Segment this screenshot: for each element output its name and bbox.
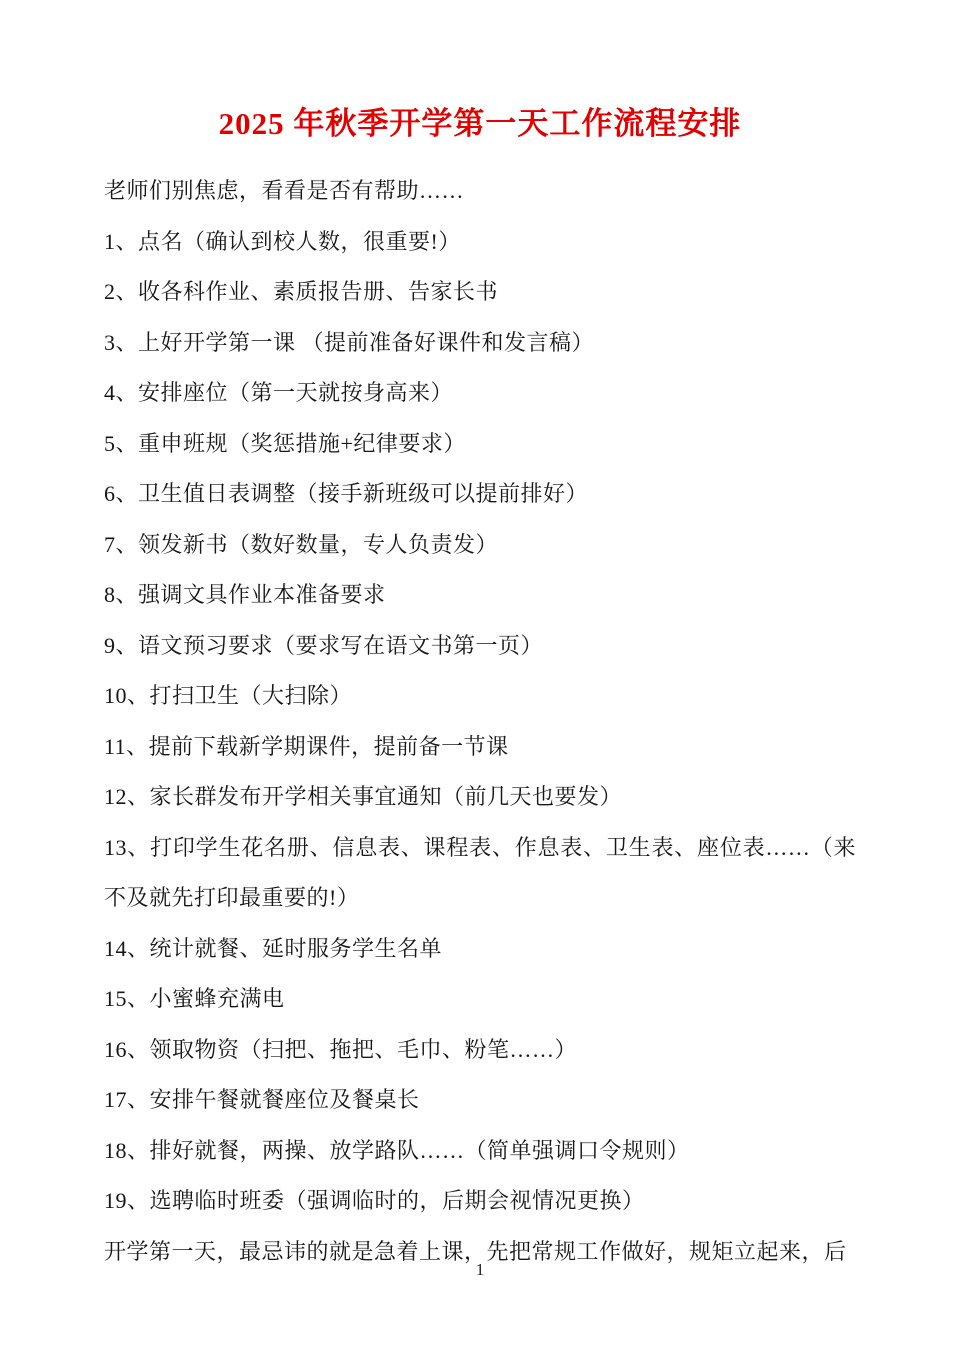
- list-item: 5、重申班规（奖惩措施+纪律要求）: [104, 419, 856, 470]
- list-item: 1、点名（确认到校人数，很重要!）: [104, 217, 856, 268]
- list-item: 18、排好就餐，两操、放学路队……（简单强调口令规则）: [104, 1126, 856, 1177]
- list-item: 9、语文预习要求（要求写在语文书第一页）: [104, 621, 856, 672]
- list-item: 3、上好开学第一课 （提前准备好课件和发言稿）: [104, 318, 856, 369]
- list-item: 7、领发新书（数好数量，专人负责发）: [104, 520, 856, 571]
- list-item: 12、家长群发布开学相关事宜通知（前几天也要发）: [104, 772, 856, 823]
- intro-paragraph: 老师们别焦虑，看看是否有帮助……: [104, 166, 856, 217]
- list-item: 17、安排午餐就餐座位及餐桌长: [104, 1075, 856, 1126]
- page-title: 2025 年秋季开学第一天工作流程安排: [104, 100, 856, 148]
- list-item: 11、提前下载新学期课件，提前备一节课: [104, 722, 856, 773]
- list-item: 14、统计就餐、延时服务学生名单: [104, 924, 856, 975]
- list-item: 4、安排座位（第一天就按身高来）: [104, 368, 856, 419]
- document-page: 2025 年秋季开学第一天工作流程安排 老师们别焦虑，看看是否有帮助…… 1、点…: [0, 0, 960, 1358]
- list-item: 15、小蜜蜂充满电: [104, 974, 856, 1025]
- list-item: 19、选聘临时班委（强调临时的，后期会视情况更换）: [104, 1176, 856, 1227]
- list-item: 2、收各科作业、素质报告册、告家长书: [104, 267, 856, 318]
- list-item: 16、领取物资（扫把、拖把、毛巾、粉笔……）: [104, 1025, 856, 1076]
- list-item: 6、卫生值日表调整（接手新班级可以提前排好）: [104, 469, 856, 520]
- list-item: 13、打印学生花名册、信息表、课程表、作息表、卫生表、座位表……（来不及就先打印…: [104, 823, 856, 924]
- list-item: 8、强调文具作业本准备要求: [104, 570, 856, 621]
- page-number: 1: [0, 1260, 960, 1280]
- list-item: 10、打扫卫生（大扫除）: [104, 671, 856, 722]
